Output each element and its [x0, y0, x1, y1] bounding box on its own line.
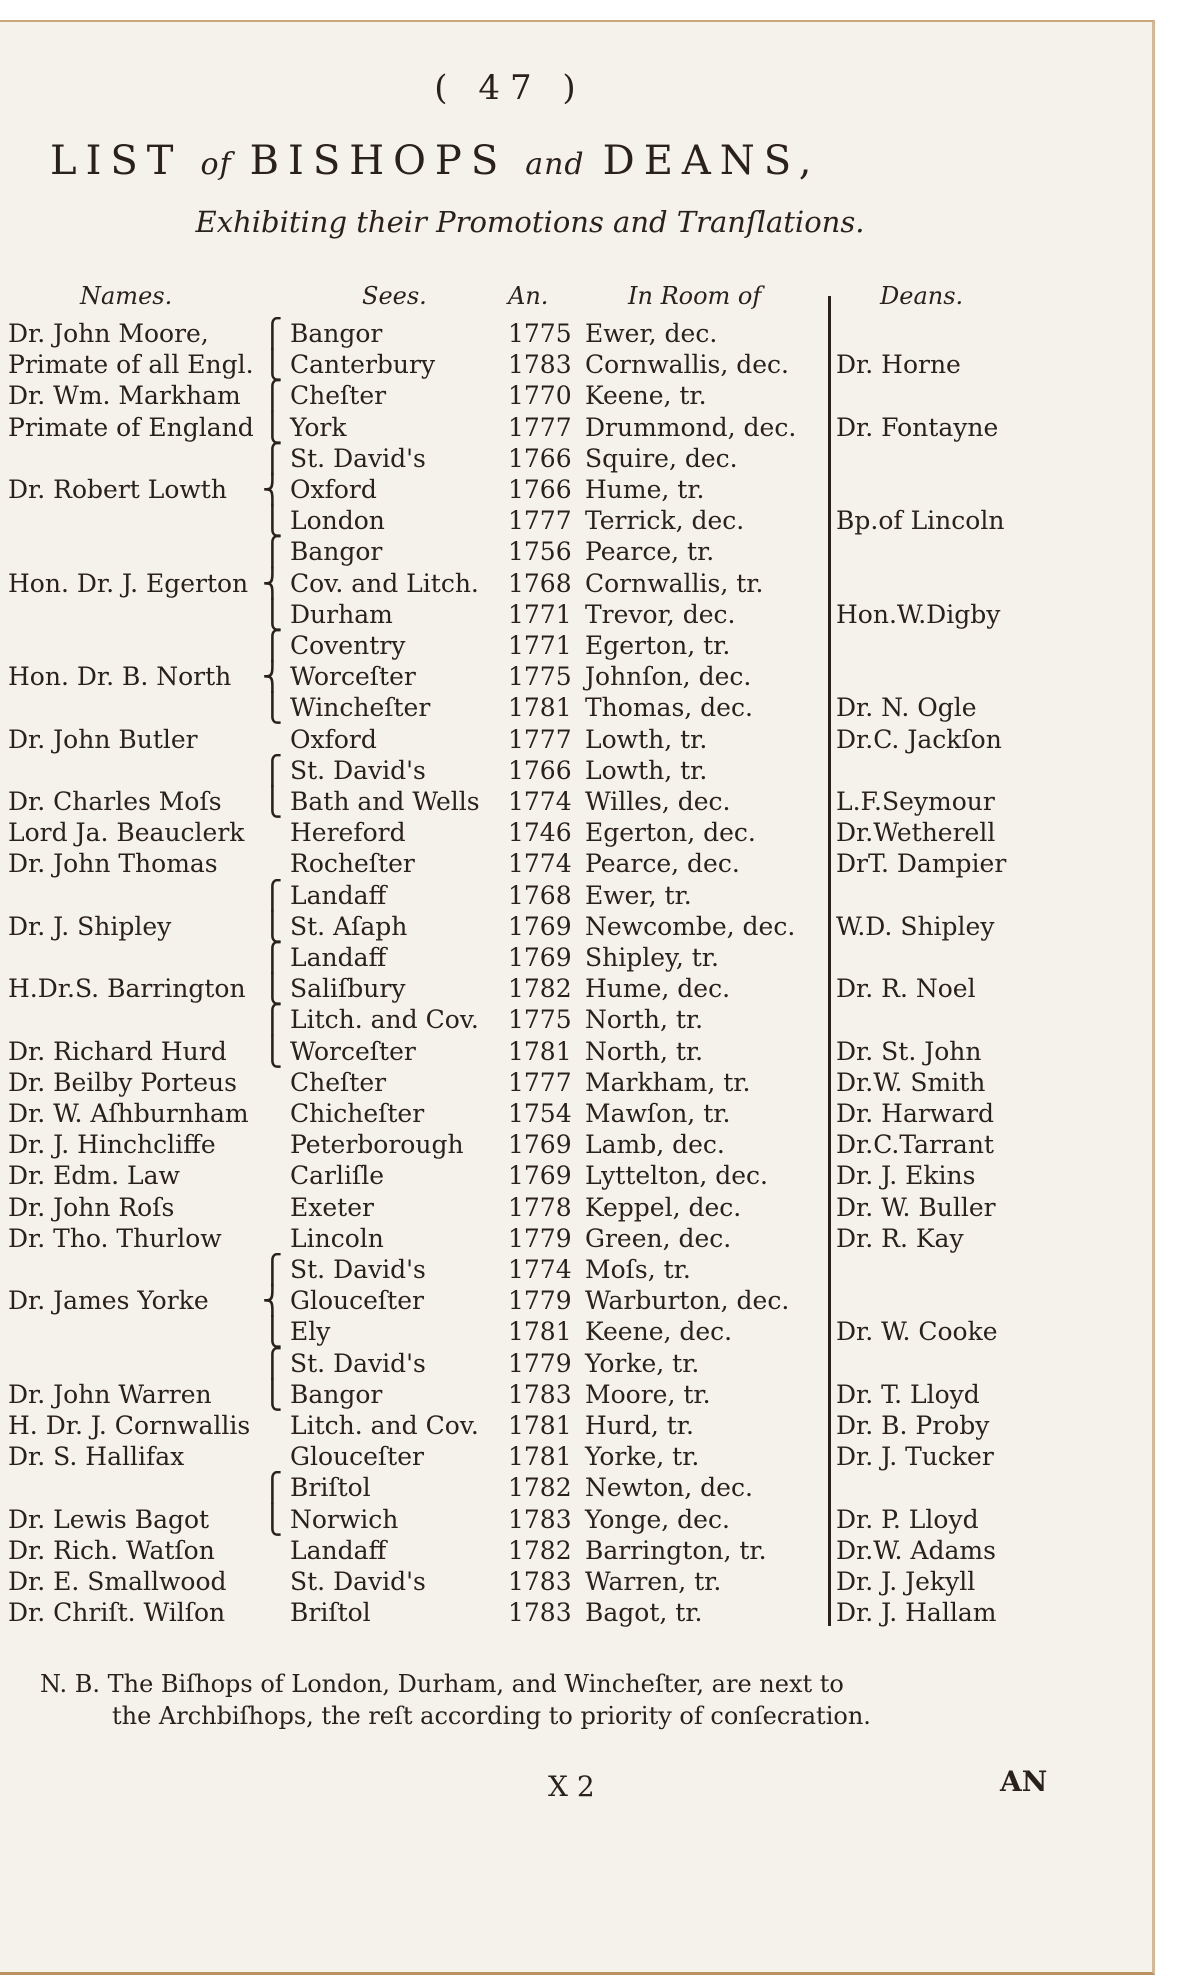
see-name: Glouceſter	[290, 1441, 424, 1472]
year: 1783	[508, 349, 572, 380]
brace-glyph: ⎧	[262, 630, 283, 661]
in-room-of: Newcombe, dec.	[585, 911, 795, 942]
table-row: Dr. John Warren⎩Bangor1783Moore, tr.Dr. …	[0, 1379, 1152, 1410]
table-row: ⎩Wincheſter1781Thomas, dec.Dr. N. Ogle	[0, 692, 1152, 723]
in-room-of: Terrick, dec.	[585, 505, 744, 536]
year: 1777	[508, 1067, 572, 1098]
see-name: Lincoln	[290, 1223, 384, 1254]
year: 1775	[508, 318, 572, 349]
in-room-of: Warren, tr.	[585, 1566, 721, 1597]
year: 1779	[508, 1348, 572, 1379]
in-room-of: Pearce, tr.	[585, 536, 714, 567]
table-row: Dr. Wm. Markham⎧Cheſter1770Keene, tr.	[0, 380, 1152, 411]
bishop-name: Dr. J. Shipley	[8, 911, 171, 942]
bishop-name: Dr. James Yorke	[8, 1285, 209, 1316]
dean-name: L.F.Seymour	[836, 786, 995, 817]
page-subtitle: Exhibiting their Promotions and Tranſlat…	[150, 205, 910, 239]
brace-glyph: ⎧	[262, 536, 283, 567]
see-name: Carliſle	[290, 1160, 384, 1191]
in-room-of: Johnſon, dec.	[585, 661, 751, 692]
see-name: Canterbury	[290, 349, 435, 380]
table-row: ⎧Litch. and Cov.1775North, tr.	[0, 1004, 1152, 1035]
in-room-of: Yonge, dec.	[585, 1504, 730, 1535]
see-name: Glouceſter	[290, 1285, 424, 1316]
see-name: Bath and Wells	[290, 786, 480, 817]
note-line-2: the Archbiſhops, the reſt according to p…	[40, 1700, 1060, 1732]
brace-glyph: ⎩	[262, 599, 283, 630]
dean-name: Dr. N. Ogle	[836, 692, 977, 723]
year: 1754	[508, 1098, 572, 1129]
title-part-bishops: BISHOPS	[250, 138, 508, 184]
in-room-of: Lowth, tr.	[585, 724, 707, 755]
year: 1777	[508, 412, 572, 443]
table-row: H. Dr. J. CornwallisLitch. and Cov.1781H…	[0, 1410, 1152, 1441]
nota-bene-note: N. B. The Biſhops of London, Durham, and…	[40, 1668, 1060, 1732]
year: 1766	[508, 474, 572, 505]
bishop-name: Dr. John Warren	[8, 1379, 212, 1410]
brace-glyph: ⎩	[262, 349, 283, 380]
table-row: Dr. Robert Lowth⎨Oxford1766Hume, tr.	[0, 474, 1152, 505]
in-room-of: Lyttelton, dec.	[585, 1160, 768, 1191]
in-room-of: Egerton, dec.	[585, 817, 756, 848]
see-name: Briſtol	[290, 1597, 371, 1628]
table-row: Hon. Dr. J. Egerton⎨Cov. and Litch.1768C…	[0, 568, 1152, 599]
in-room-of: Keene, dec.	[585, 1316, 732, 1347]
dean-name: Dr. R. Noel	[836, 973, 976, 1004]
see-name: Cov. and Litch.	[290, 568, 479, 599]
in-room-of: Ewer, tr.	[585, 880, 692, 911]
in-room-of: Shipley, tr.	[585, 942, 719, 973]
in-room-of: Keene, tr.	[585, 380, 707, 411]
see-name: Worceſter	[290, 1036, 416, 1067]
see-name: St. David's	[290, 1348, 426, 1379]
see-name: Durham	[290, 599, 393, 630]
year: 1774	[508, 786, 572, 817]
bishop-name: Dr. John Moore,	[8, 318, 209, 349]
bishop-name: Dr. Beilby Porteus	[8, 1067, 237, 1098]
year: 1779	[508, 1223, 572, 1254]
table-row: ⎩Ely1781Keene, dec.Dr. W. Cooke	[0, 1316, 1152, 1347]
dean-name: Dr. Horne	[836, 349, 961, 380]
in-room-of: Lowth, tr.	[585, 755, 707, 786]
in-room-of: Bagot, tr.	[585, 1597, 702, 1628]
brace-glyph: ⎨	[262, 474, 283, 505]
see-name: St. David's	[290, 1566, 426, 1597]
brace-glyph: ⎧	[262, 1004, 283, 1035]
header-in-room-of: In Room of	[628, 282, 761, 310]
dean-name: Dr.Wetherell	[836, 817, 995, 848]
see-name: London	[290, 505, 385, 536]
year: 1783	[508, 1504, 572, 1535]
header-an: An.	[508, 282, 548, 310]
table-row: ⎧St. David's1774Moſs, tr.	[0, 1254, 1152, 1285]
header-sees: Sees.	[362, 282, 427, 310]
see-name: Cheſter	[290, 380, 386, 411]
year: 1778	[508, 1192, 572, 1223]
brace-glyph: ⎩	[262, 1504, 283, 1535]
dean-name: Dr. J. Jekyll	[836, 1566, 975, 1597]
bishop-name: Dr. John Roſs	[8, 1192, 174, 1223]
table-row: Dr. Richard Hurd⎩Worceſter1781North, tr.…	[0, 1036, 1152, 1067]
in-room-of: Willes, dec.	[585, 786, 731, 817]
bishop-name: Dr. Lewis Bagot	[8, 1504, 209, 1535]
table-row: Dr. J. Shipley⎩St. Aſaph1769Newcombe, de…	[0, 911, 1152, 942]
see-name: Worceſter	[290, 661, 416, 692]
dean-name: Dr. T. Lloyd	[836, 1379, 980, 1410]
see-name: Cheſter	[290, 1067, 386, 1098]
brace-glyph: ⎧	[262, 380, 283, 411]
brace-glyph: ⎩	[262, 412, 283, 443]
page-title: LISTofBISHOPSandDEANS,	[50, 138, 970, 184]
year: 1774	[508, 1254, 572, 1285]
table-row: Dr. E. SmallwoodSt. David's1783Warren, t…	[0, 1566, 1152, 1597]
brace-glyph: ⎧	[262, 1472, 283, 1503]
table-row: Dr. J. HinchcliffePeterborough1769Lamb, …	[0, 1129, 1152, 1160]
brace-glyph: ⎨	[262, 661, 283, 692]
bishop-name: Hon. Dr. J. Egerton	[8, 568, 248, 599]
table-row: ⎧St. David's1779Yorke, tr.	[0, 1348, 1152, 1379]
table-row: Dr. John Moore,⎧Bangor1775Ewer, dec.	[0, 318, 1152, 349]
table-row: Dr. John ButlerOxford1777Lowth, tr.Dr.C.…	[0, 724, 1152, 755]
table-row: Dr. Chriſt. WilſonBriſtol1783Bagot, tr.D…	[0, 1597, 1152, 1628]
page-number: ( 47 )	[430, 68, 590, 108]
bishop-name: Dr. E. Smallwood	[8, 1566, 227, 1597]
see-name: York	[290, 412, 346, 443]
bishop-name: H. Dr. J. Cornwallis	[8, 1410, 250, 1441]
year: 1768	[508, 880, 572, 911]
note-line-1: N. B. The Biſhops of London, Durham, and…	[40, 1670, 844, 1698]
bishop-name: Dr. Edm. Law	[8, 1160, 180, 1191]
year: 1769	[508, 1129, 572, 1160]
in-room-of: Squire, dec.	[585, 443, 738, 474]
dean-name: Dr. J. Tucker	[836, 1441, 994, 1472]
in-room-of: Keppel, dec.	[585, 1192, 741, 1223]
table-row: ⎩Durham1771Trevor, dec.Hon.W.Digby	[0, 599, 1152, 630]
dean-name: DrT. Dampier	[836, 848, 1006, 879]
table-row: Lord Ja. BeauclerkHereford1746Egerton, d…	[0, 817, 1152, 848]
table-row: Dr. S. HallifaxGlouceſter1781Yorke, tr.D…	[0, 1441, 1152, 1472]
signature-mark: X 2	[548, 1770, 595, 1803]
bishop-name: Dr. Chriſt. Wilſon	[8, 1597, 225, 1628]
in-room-of: Lamb, dec.	[585, 1129, 725, 1160]
see-name: Rocheſter	[290, 848, 415, 879]
in-room-of: Ewer, dec.	[585, 318, 717, 349]
year: 1769	[508, 1160, 572, 1191]
in-room-of: Thomas, dec.	[585, 692, 753, 723]
year: 1746	[508, 817, 572, 848]
brace-glyph: ⎧	[262, 880, 283, 911]
dean-name: Dr.W. Smith	[836, 1067, 985, 1098]
dean-name: Dr. W. Buller	[836, 1192, 996, 1223]
in-room-of: Yorke, tr.	[585, 1348, 699, 1379]
brace-glyph: ⎧	[262, 755, 283, 786]
year: 1768	[508, 568, 572, 599]
year: 1777	[508, 505, 572, 536]
year: 1777	[508, 724, 572, 755]
bishop-name: Dr. Wm. Markham	[8, 380, 241, 411]
table-row: ⎧Landaff1769Shipley, tr.	[0, 942, 1152, 973]
year: 1771	[508, 599, 572, 630]
in-room-of: Hume, tr.	[585, 474, 705, 505]
see-name: Bangor	[290, 318, 382, 349]
catchword: AN	[1000, 1765, 1047, 1798]
dean-name: Dr. P. Lloyd	[836, 1504, 979, 1535]
bishop-name: Primate of England	[8, 412, 254, 443]
dean-name: Dr. J. Hallam	[836, 1597, 996, 1628]
dean-name: Dr. R. Kay	[836, 1223, 964, 1254]
see-name: Hereford	[290, 817, 406, 848]
table-row: Primate of England⎩York1777Drummond, dec…	[0, 412, 1152, 443]
see-name: Briſtol	[290, 1472, 371, 1503]
year: 1783	[508, 1597, 572, 1628]
table-row: Dr. Lewis Bagot⎩Norwich1783Yonge, dec.Dr…	[0, 1504, 1152, 1535]
in-room-of: Moſs, tr.	[585, 1254, 691, 1285]
dean-name: Dr. B. Proby	[836, 1410, 989, 1441]
brace-glyph: ⎩	[262, 786, 283, 817]
in-room-of: Hurd, tr.	[585, 1410, 694, 1441]
see-name: Oxford	[290, 474, 377, 505]
brace-glyph: ⎩	[262, 1379, 283, 1410]
see-name: St. David's	[290, 443, 426, 474]
brace-glyph: ⎧	[262, 443, 283, 474]
in-room-of: North, tr.	[585, 1004, 703, 1035]
in-room-of: Trevor, dec.	[585, 599, 735, 630]
see-name: Litch. and Cov.	[290, 1004, 479, 1035]
see-name: Oxford	[290, 724, 377, 755]
bishop-name: Primate of all Engl.	[8, 349, 254, 380]
bishop-name: Dr. John Butler	[8, 724, 198, 755]
table-row: Dr. Beilby PorteusCheſter1777Markham, tr…	[0, 1067, 1152, 1098]
year: 1781	[508, 1441, 572, 1472]
see-name: Norwich	[290, 1504, 398, 1535]
in-room-of: Mawſon, tr.	[585, 1098, 730, 1129]
table-row: ⎩London1777Terrick, dec.Bp.of Lincoln	[0, 505, 1152, 536]
in-room-of: Barrington, tr.	[585, 1535, 767, 1566]
in-room-of: Hume, dec.	[585, 973, 730, 1004]
bishop-name: Dr. S. Hallifax	[8, 1441, 184, 1472]
dean-name: Dr.C. Jackſon	[836, 724, 1002, 755]
in-room-of: Cornwallis, dec.	[585, 349, 789, 380]
title-and: and	[525, 147, 584, 182]
brace-glyph: ⎩	[262, 1036, 283, 1067]
table-row: Dr. Rich. WatſonLandaff1782Barrington, t…	[0, 1535, 1152, 1566]
brace-glyph: ⎩	[262, 911, 283, 942]
dean-name: Dr.W. Adams	[836, 1535, 996, 1566]
see-name: Ely	[290, 1316, 330, 1347]
brace-glyph: ⎨	[262, 1285, 283, 1316]
table-row: ⎧St. David's1766Lowth, tr.	[0, 755, 1152, 786]
see-name: Landaff	[290, 1535, 386, 1566]
table-row: ⎧St. David's1766Squire, dec.	[0, 443, 1152, 474]
table-row: ⎧Bangor1756Pearce, tr.	[0, 536, 1152, 567]
bishop-name: Dr. Charles Moſs	[8, 786, 222, 817]
year: 1766	[508, 755, 572, 786]
table-row: Dr. W. AſhburnhamChicheſter1754Mawſon, t…	[0, 1098, 1152, 1129]
year: 1756	[508, 536, 572, 567]
see-name: Landaff	[290, 942, 386, 973]
year: 1769	[508, 942, 572, 973]
brace-glyph: ⎨	[262, 568, 283, 599]
bishop-name: Dr. Robert Lowth	[8, 474, 227, 505]
dean-name: Dr. W. Cooke	[836, 1316, 998, 1347]
table-row: ⎧Landaff1768Ewer, tr.	[0, 880, 1152, 911]
see-name: Exeter	[290, 1192, 374, 1223]
table-row: Dr. John ThomasRocheſter1774Pearce, dec.…	[0, 848, 1152, 879]
year: 1781	[508, 1036, 572, 1067]
see-name: Bangor	[290, 536, 382, 567]
table-row: Primate of all Engl.⎩Canterbury1783Cornw…	[0, 349, 1152, 380]
bishop-name: Dr. Richard Hurd	[8, 1036, 227, 1067]
table-row: Dr. James Yorke⎨Glouceſter1779Warburton,…	[0, 1285, 1152, 1316]
brace-glyph: ⎩	[262, 692, 283, 723]
year: 1775	[508, 661, 572, 692]
header-names: Names.	[80, 282, 172, 310]
brace-glyph: ⎧	[262, 1348, 283, 1379]
table-row: Dr. Charles Moſs⎩Bath and Wells1774Wille…	[0, 786, 1152, 817]
bishop-name: Hon. Dr. B. North	[8, 661, 231, 692]
see-name: Chicheſter	[290, 1098, 424, 1129]
dean-name: Bp.of Lincoln	[836, 505, 1004, 536]
table-row: Hon. Dr. B. North⎨Worceſter1775Johnſon, …	[0, 661, 1152, 692]
brace-glyph: ⎩	[262, 973, 283, 1004]
year: 1782	[508, 1535, 572, 1566]
see-name: Peterborough	[290, 1129, 464, 1160]
bishop-name: Dr. John Thomas	[8, 848, 218, 879]
brace-glyph: ⎧	[262, 942, 283, 973]
year: 1770	[508, 380, 572, 411]
in-room-of: Yorke, tr.	[585, 1441, 699, 1472]
year: 1766	[508, 443, 572, 474]
brace-glyph: ⎩	[262, 1316, 283, 1347]
table-row: Dr. Tho. ThurlowLincoln1779Green, dec.Dr…	[0, 1223, 1152, 1254]
brace-glyph: ⎧	[262, 1254, 283, 1285]
dean-name: Hon.W.Digby	[836, 599, 1000, 630]
year: 1769	[508, 911, 572, 942]
year: 1771	[508, 630, 572, 661]
year: 1783	[508, 1566, 572, 1597]
dean-name: W.D. Shipley	[836, 911, 994, 942]
dean-name: Dr. St. John	[836, 1036, 981, 1067]
header-deans: Deans.	[880, 282, 963, 310]
title-part-list: LIST	[50, 138, 182, 184]
see-name: Saliſbury	[290, 973, 405, 1004]
in-room-of: Cornwallis, tr.	[585, 568, 763, 599]
see-name: St. David's	[290, 755, 426, 786]
year: 1782	[508, 1472, 572, 1503]
in-room-of: Warburton, dec.	[585, 1285, 789, 1316]
in-room-of: North, tr.	[585, 1036, 703, 1067]
table-row: Dr. Edm. LawCarliſle1769Lyttelton, dec.D…	[0, 1160, 1152, 1191]
in-room-of: Drummond, dec.	[585, 412, 796, 443]
brace-glyph: ⎧	[262, 318, 283, 349]
see-name: St. Aſaph	[290, 911, 407, 942]
year: 1782	[508, 973, 572, 1004]
year: 1774	[508, 848, 572, 879]
year: 1783	[508, 1379, 572, 1410]
in-room-of: Newton, dec.	[585, 1472, 753, 1503]
year: 1781	[508, 1316, 572, 1347]
bishop-name: Dr. J. Hinchcliffe	[8, 1129, 216, 1160]
brace-glyph: ⎩	[262, 505, 283, 536]
bishop-name: Dr. W. Aſhburnham	[8, 1098, 249, 1129]
year: 1781	[508, 1410, 572, 1441]
title-part-deans: DEANS,	[603, 138, 821, 184]
see-name: Bangor	[290, 1379, 382, 1410]
bishop-name: Lord Ja. Beauclerk	[8, 817, 244, 848]
dean-name: Dr.C.Tarrant	[836, 1129, 994, 1160]
table-row: ⎧Briſtol1782Newton, dec.	[0, 1472, 1152, 1503]
dean-name: Dr. Fontayne	[836, 412, 998, 443]
dean-name: Dr. Harward	[836, 1098, 994, 1129]
year: 1781	[508, 692, 572, 723]
see-name: Coventry	[290, 630, 405, 661]
year: 1779	[508, 1285, 572, 1316]
bishop-name: H.Dr.S. Barrington	[8, 973, 246, 1004]
bishop-name: Dr. Tho. Thurlow	[8, 1223, 222, 1254]
year: 1775	[508, 1004, 572, 1035]
in-room-of: Pearce, dec.	[585, 848, 740, 879]
see-name: Litch. and Cov.	[290, 1410, 479, 1441]
see-name: Wincheſter	[290, 692, 430, 723]
bishop-name: Dr. Rich. Watſon	[8, 1535, 215, 1566]
dean-name: Dr. J. Ekins	[836, 1160, 975, 1191]
table-row: H.Dr.S. Barrington⎩Saliſbury1782Hume, de…	[0, 973, 1152, 1004]
in-room-of: Moore, tr.	[585, 1379, 711, 1410]
title-of: of	[200, 147, 231, 182]
see-name: Landaff	[290, 880, 386, 911]
table-row: Dr. John RoſsExeter1778Keppel, dec.Dr. W…	[0, 1192, 1152, 1223]
in-room-of: Green, dec.	[585, 1223, 731, 1254]
table-row: ⎧Coventry1771Egerton, tr.	[0, 630, 1152, 661]
in-room-of: Egerton, tr.	[585, 630, 730, 661]
in-room-of: Markham, tr.	[585, 1067, 750, 1098]
see-name: St. David's	[290, 1254, 426, 1285]
